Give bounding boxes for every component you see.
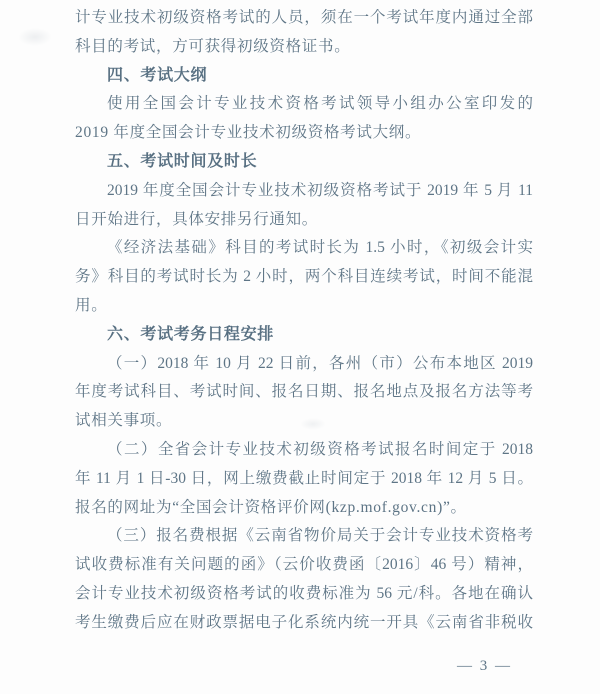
section-heading: 六、考试考务日程安排 bbox=[75, 321, 533, 350]
text-line: 2019 年度全国会计专业技术初级资格考试大纲。 bbox=[75, 119, 533, 148]
text-line: 会计专业技术初级资格考试的收费标准为 56 元/科。各地在确认 bbox=[75, 580, 533, 609]
text-line: 2019 年度全国会计专业技术初级资格考试于 2019 年 5 月 11 bbox=[75, 177, 533, 206]
section-heading: 五、考试时间及时长 bbox=[75, 148, 533, 177]
text-line: 考生缴费后应在财政票据电子化系统内统一开具《云南省非税收 bbox=[75, 609, 533, 638]
section-heading: 四、考试大纲 bbox=[75, 62, 533, 91]
text-line: 务》科目的考试时长为 2 小时，两个科目连续考试，时间不能混 bbox=[75, 263, 533, 292]
text-line: 报名的网址为“全国会计资格评价网(kzp.mof.gov.cn)”。 bbox=[75, 494, 533, 523]
text-line: （二）全省会计专业技术初级资格考试报名时间定于 2018 bbox=[75, 436, 533, 465]
text-line: 计专业技术初级资格考试的人员，须在一个考试年度内通过全部 bbox=[75, 4, 533, 33]
document-page: 计专业技术初级资格考试的人员，须在一个考试年度内通过全部科目的考试，方可获得初级… bbox=[0, 0, 600, 694]
text-line: （一）2018 年 10 月 22 日前，各州（市）公布本地区 2019 bbox=[75, 350, 533, 379]
text-line: 试相关事项。 bbox=[75, 407, 533, 436]
document-body: 计专业技术初级资格考试的人员，须在一个考试年度内通过全部科目的考试，方可获得初级… bbox=[75, 4, 533, 638]
text-line: 用。 bbox=[75, 292, 533, 321]
text-line: 年度考试科目、考试时间、报名日期、报名地点及报名方法等考 bbox=[75, 378, 533, 407]
page-number: — 3 — bbox=[457, 658, 512, 675]
text-line: 日开始进行，具体安排另行通知。 bbox=[75, 206, 533, 235]
text-line: 试收费标准有关问题的函》（云价收费函〔2016〕46 号）精神， bbox=[75, 551, 533, 580]
scan-smudge bbox=[18, 28, 52, 46]
text-line: 《经济法基础》科目的考试时长为 1.5 小时，《初级会计实 bbox=[75, 234, 533, 263]
text-line: （三）报名费根据《云南省物价局关于会计专业技术资格考 bbox=[75, 522, 533, 551]
text-line: 科目的考试，方可获得初级资格证书。 bbox=[75, 33, 533, 62]
text-line: 年 11 月 1 日-30 日，网上缴费截止时间定于 2018 年 12 月 5… bbox=[75, 465, 533, 494]
text-line: 使用全国会计专业技术资格考试领导小组办公室印发的 bbox=[75, 90, 533, 119]
